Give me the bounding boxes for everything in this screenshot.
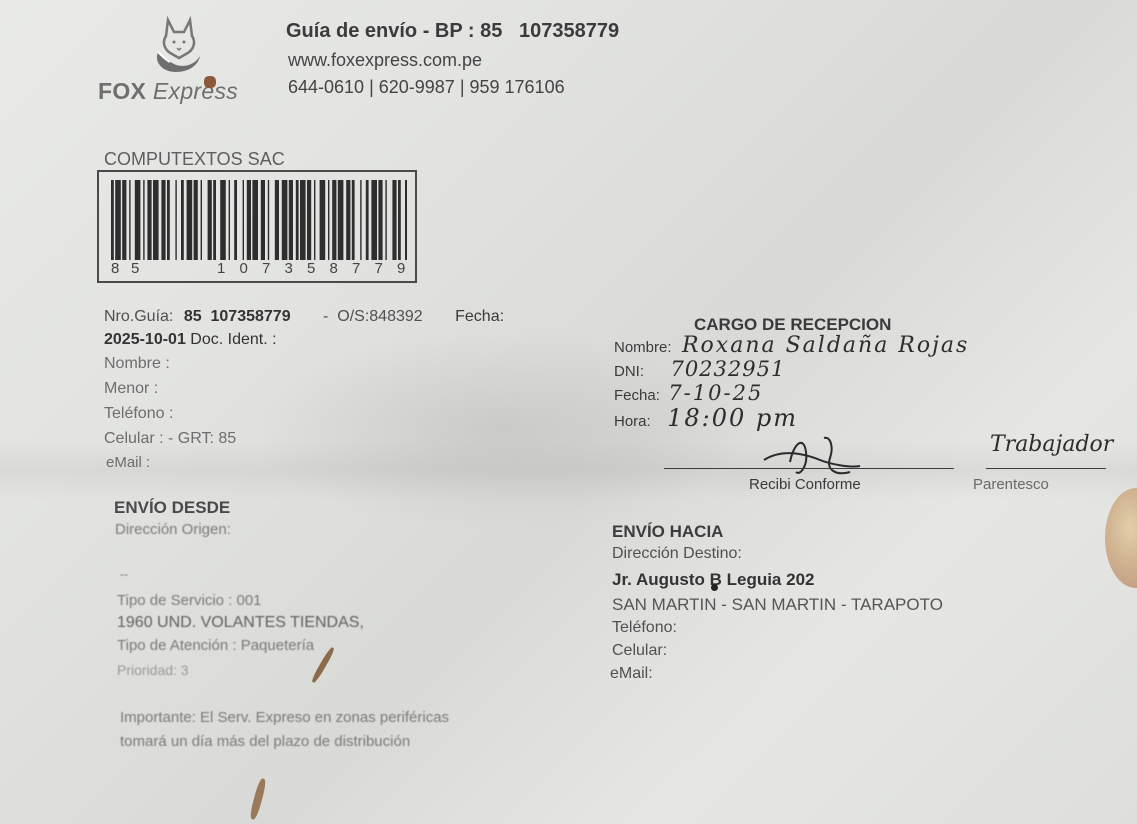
cargo-hora-row: Hora: 18:00 pm bbox=[614, 404, 798, 432]
signature-scribble-icon bbox=[760, 432, 870, 478]
barcode-digit: 8 bbox=[330, 260, 338, 277]
nro-guia-label: Nro.Guía: bbox=[104, 308, 173, 325]
ink-dot bbox=[711, 584, 718, 591]
phone-numbers: 644-0610 | 620-9987 | 959 176106 bbox=[288, 77, 565, 98]
direccion-destino-label: Dirección Destino: bbox=[612, 545, 742, 563]
nro-guia-row: Nro.Guía: 85 107358779 - O/S:848392 Fech… bbox=[104, 308, 504, 326]
celular-row: Celular : - GRT: 85 bbox=[104, 430, 236, 448]
barcode-digit: 5 bbox=[131, 260, 139, 277]
doc-ident-label: Doc. Ident. : bbox=[190, 331, 276, 348]
destino-telefono-label: Teléfono: bbox=[612, 619, 677, 637]
fecha-value: 2025-10-01 bbox=[104, 331, 186, 348]
cargo-dni-label: DNI: bbox=[614, 363, 644, 380]
barcode-digit: 0 bbox=[240, 260, 248, 277]
barcode-digit: 7 bbox=[352, 260, 360, 277]
fecha-doc-row: 2025-10-01 Doc. Ident. : bbox=[104, 331, 277, 349]
paper-fold bbox=[0, 440, 1137, 500]
brand-name-fox: FOX bbox=[98, 78, 146, 104]
parentesco-line bbox=[986, 468, 1106, 469]
barcode-digit: 9 bbox=[397, 260, 405, 277]
fox-logo-icon bbox=[148, 16, 210, 78]
wood-splinter bbox=[249, 778, 268, 821]
parentesco-label: Parentesco bbox=[973, 476, 1049, 493]
barcode-digit: 3 bbox=[285, 260, 293, 277]
importante-line-1: Importante: El Serv. Expreso en zonas pe… bbox=[120, 709, 449, 726]
wood-splinter bbox=[310, 646, 335, 684]
barcode-digit: 5 bbox=[307, 260, 315, 277]
recibi-conforme-label: Recibi Conforme bbox=[749, 476, 861, 493]
barcode: 85107358779 bbox=[97, 170, 417, 283]
barcode-digit: 7 bbox=[262, 260, 270, 277]
cargo-hora-value: 18:00 pm bbox=[667, 404, 798, 432]
brand-name-express: Express bbox=[153, 78, 238, 104]
brand-name: FOX Express bbox=[98, 78, 238, 105]
destino-celular-label: Celular: bbox=[612, 642, 667, 660]
barcode-bars bbox=[111, 180, 407, 260]
page-title: Guía de envío - BP : 85 107358779 bbox=[286, 20, 619, 43]
cargo-hora-label: Hora: bbox=[614, 413, 651, 430]
stain bbox=[204, 76, 216, 88]
tipo-atencion: Tipo de Atención : Paquetería bbox=[117, 637, 314, 654]
cargo-fecha-label: Fecha: bbox=[614, 387, 660, 404]
celular-value: - GRT: 85 bbox=[168, 430, 236, 447]
telefono-label: Teléfono : bbox=[104, 405, 173, 423]
importante-line-2: tomará un día más del plazo de distribuc… bbox=[120, 733, 410, 750]
cargo-nombre-row: Nombre: Roxana Saldaña Rojas bbox=[614, 333, 969, 358]
cargo-fecha-row: Fecha: 7-10-25 bbox=[614, 381, 763, 405]
signature-line bbox=[664, 468, 954, 469]
cargo-nombre-value: Roxana Saldaña Rojas bbox=[682, 333, 969, 358]
barcode-digit: 7 bbox=[375, 260, 383, 277]
barcode-digit: 8 bbox=[111, 260, 119, 277]
sender-company: COMPUTEXTOS SAC bbox=[104, 149, 285, 170]
website-link[interactable]: www.foxexpress.com.pe bbox=[288, 50, 482, 71]
cargo-dni-row: DNI: 70232951 bbox=[614, 357, 785, 381]
direccion-origen-value: -- bbox=[120, 567, 128, 581]
nombre-label: Nombre : bbox=[104, 355, 170, 373]
envio-hacia-title: ENVÍO HACIA bbox=[612, 522, 723, 542]
thumb bbox=[1105, 488, 1137, 588]
parentesco-value: Trabajador bbox=[990, 432, 1113, 457]
cargo-recepcion-title: CARGO DE RECEPCION bbox=[694, 315, 891, 335]
email-label: eMail : bbox=[106, 454, 150, 471]
cargo-fecha-value: 7-10-25 bbox=[668, 381, 763, 405]
cargo-dni-value: 70232951 bbox=[670, 357, 785, 381]
barcode-digits: 85107358779 bbox=[111, 260, 407, 280]
cargo-nombre-label: Nombre: bbox=[614, 339, 672, 356]
envio-desde-title: ENVÍO DESDE bbox=[114, 498, 230, 518]
fecha-label: Fecha: bbox=[455, 308, 504, 325]
prioridad: Prioridad: 3 bbox=[117, 662, 189, 678]
celular-label: Celular : bbox=[104, 430, 164, 447]
menor-label: Menor : bbox=[104, 380, 158, 398]
contenido: 1960 UND. VOLANTES TIENDAS, bbox=[117, 614, 364, 632]
direccion-origen-label: Dirección Origen: bbox=[115, 521, 231, 538]
os-number: - O/S:848392 bbox=[323, 308, 423, 325]
tipo-servicio: Tipo de Servicio : 001 bbox=[117, 592, 262, 609]
ubicacion: SAN MARTIN - SAN MARTIN - TARAPOTO bbox=[612, 595, 943, 615]
barcode-digit: 1 bbox=[217, 260, 225, 277]
destino-email-label: eMail: bbox=[610, 665, 653, 683]
nro-guia-value: 85 107358779 bbox=[184, 308, 291, 325]
